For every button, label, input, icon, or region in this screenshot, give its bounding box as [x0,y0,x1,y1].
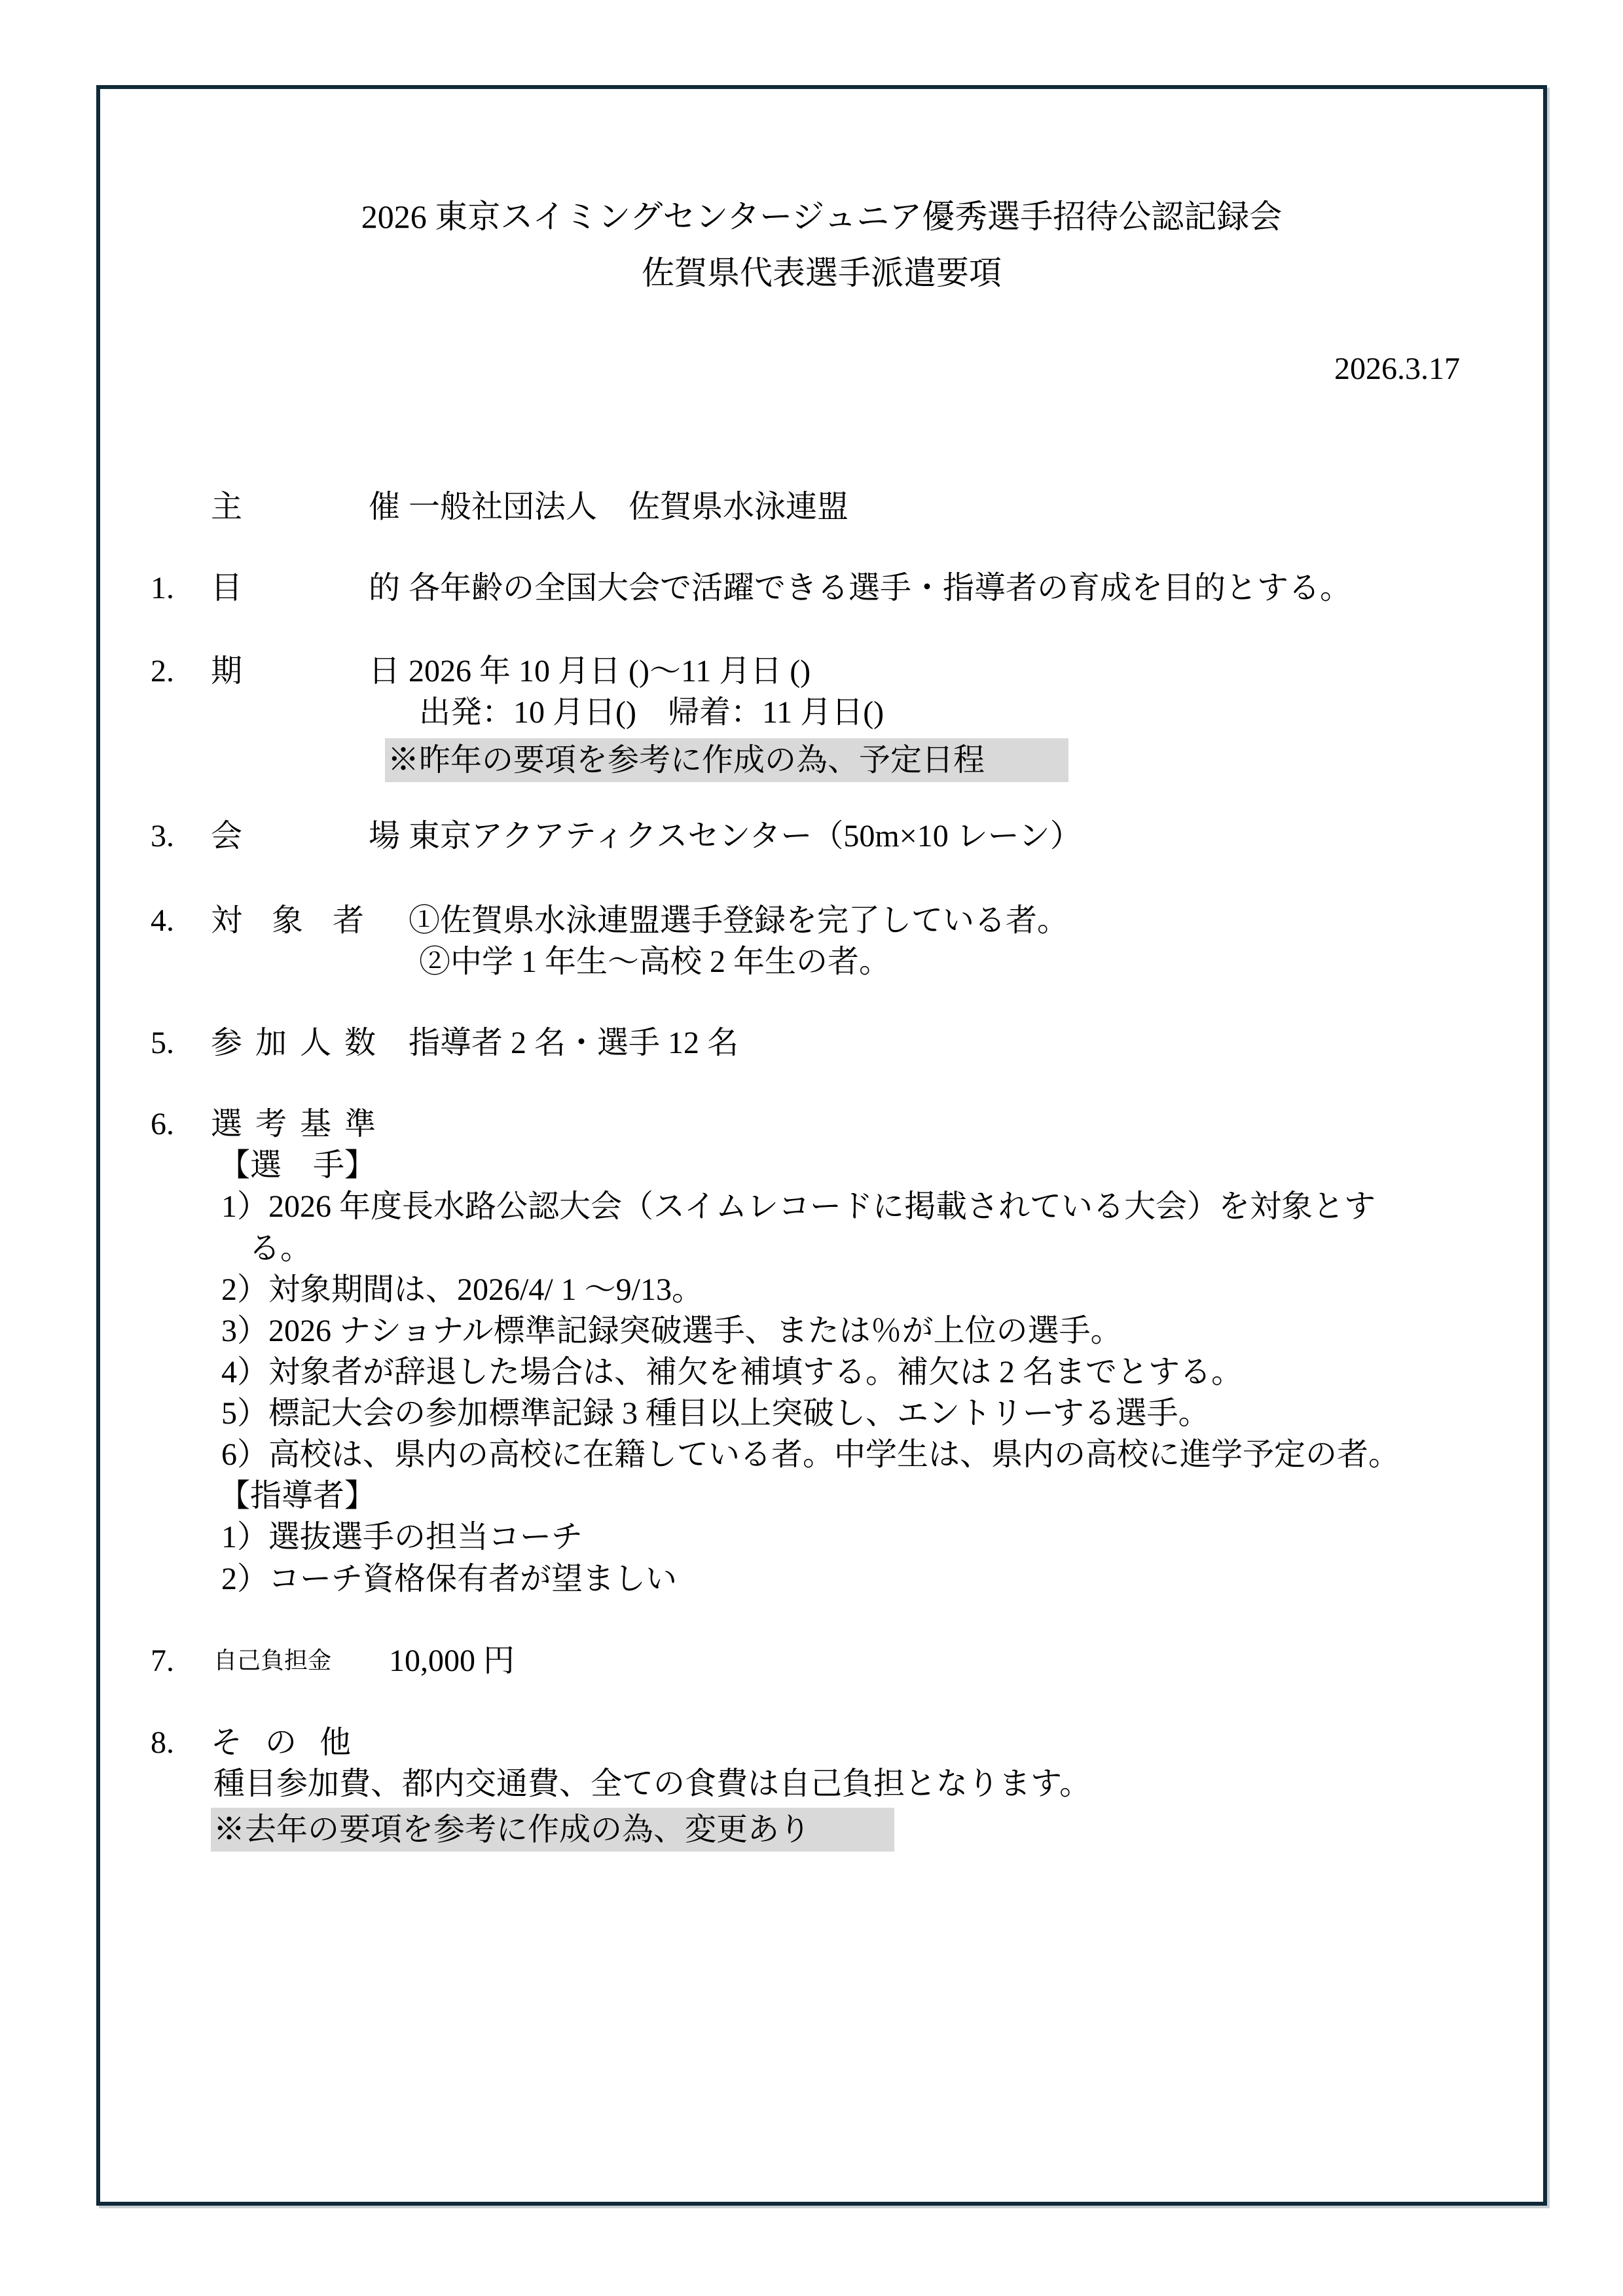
section-eligibility-number: 4. [151,900,174,941]
date-row: 2026.3.17 [0,348,1623,389]
selection-players-heading: 【選 手】 [219,1145,376,1186]
section-self-payment-label: 自己負担金 [213,1640,331,1681]
selection-player-item-6: 6）高校は、県内の高校に在籍している者。中学生は、県内の高校に進学予定の者。 [221,1434,1400,1475]
section-other-label: その他 [211,1722,374,1763]
section-venue-number: 3. [151,816,174,857]
section-purpose-row: 1. 目的 各年齢の全国大会で活躍できる選手・指導者の育成を目的とする。 [0,567,1623,609]
section-selection-number: 6. [151,1103,174,1145]
section-dates-line1: 2026 年 10 月日 ()～11 月日 () [409,651,811,692]
section-eligibility-label: 対象者 [211,900,393,941]
section-eligibility-line1: ①佐賀県水泳連盟選手登録を完了している者。 [409,900,1068,941]
section-other-note-row: ※去年の要項を参考に作成の為、変更あり [0,1808,1623,1849]
selection-players-heading-row: 【選 手】 [0,1145,1623,1186]
selection-player-item-row: 6）高校は、県内の高校に在籍している者。中学生は、県内の高校に進学予定の者。 [0,1434,1623,1475]
section-purpose-number: 1. [151,567,174,609]
selection-coach-item-row: 2）コーチ資格保有者が望ましい [0,1558,1623,1600]
selection-player-item-wrap-row: る。 [0,1228,1623,1269]
section-participants-row: 5. 参加人数 指導者 2 名・選手 12 名 [0,1022,1623,1064]
section-selection-row: 6. 選考基準 [0,1103,1623,1145]
section-other-line-row: 種目参加費、都内交通費、全ての食費は自己負担となります。 [0,1763,1623,1804]
selection-coach-item-2: 2）コーチ資格保有者が望ましい [221,1558,677,1600]
section-dates-number: 2. [151,651,174,692]
section-other-line1: 種目参加費、都内交通費、全ての食費は自己負担となります。 [213,1763,1091,1804]
section-participants-content: 指導者 2 名・選手 12 名 [409,1022,739,1064]
selection-coaches-heading: 【指導者】 [219,1475,376,1516]
section-selection-label: 選考基準 [211,1103,389,1145]
selection-player-item-1-wrap: る。 [249,1228,312,1269]
section-participants-label: 参加人数 [211,1022,389,1064]
section-dates-note-highlighted: ※昨年の要項を参考に作成の為、予定日程 [385,738,1068,782]
section-other-row: 8. その他 [0,1722,1623,1763]
section-self-payment-number: 7. [151,1640,174,1681]
section-other-note-highlighted: ※去年の要項を参考に作成の為、変更あり [211,1808,894,1852]
selection-player-item-4: 4）対象者が辞退した場合は、補欠を補填する。補欠は 2 名までとする。 [221,1352,1243,1393]
selection-player-item-row: 2）対象期間は、2026/4/ 1 ～9/13。 [0,1269,1623,1310]
section-self-payment-row: 7. 自己負担金 10,000 円 [0,1640,1623,1681]
document-title-line1: 2026 東京スイミングセンタージュニア優秀選手招待公認記録会 [96,194,1547,240]
document-title-line2: 佐賀県代表選手派遣要項 [96,250,1547,296]
selection-player-item-2: 2）対象期間は、2026/4/ 1 ～9/13。 [221,1269,703,1310]
document-page: 2026 東京スイミングセンタージュニア優秀選手招待公認記録会 佐賀県代表選手派… [0,0,1623,2296]
section-eligibility-row2: ②中学 1 年生～高校 2 年生の者。 [0,941,1623,982]
host-row: 主催 一般社団法人 佐賀県水泳連盟 [0,486,1623,528]
host-value: 一般社団法人 佐賀県水泳連盟 [409,486,848,528]
selection-coaches-heading-row: 【指導者】 [0,1475,1623,1516]
section-participants-number: 5. [151,1022,174,1064]
section-dates-note-row: ※昨年の要項を参考に作成の為、予定日程 [0,738,1623,780]
section-dates-line2: 出発：10 月日() 帰着：11 月日() [419,692,884,733]
section-venue-content: 東京アクアティクスセンター（50m×10 レーン） [409,816,1082,857]
selection-player-item-row: 5）標記大会の参加標準記録 3 種目以上突破し、エントリーする選手。 [0,1393,1623,1434]
section-dates-row: 2. 期日 2026 年 10 月日 ()～11 月日 () [0,651,1623,692]
selection-coach-item-row: 1）選抜選手の担当コーチ [0,1516,1623,1558]
section-dates-row2: 出発：10 月日() 帰着：11 月日() [0,692,1623,733]
section-purpose-content: 各年齢の全国大会で活躍できる選手・指導者の育成を目的とする。 [409,567,1351,609]
section-self-payment-content: 10,000 円 [389,1640,515,1681]
selection-player-item-1: 1）2026 年度長水路公認大会（スイムレコードに掲載されている大会）を対象とす [221,1186,1376,1227]
document-date: 2026.3.17 [1334,348,1460,389]
selection-coach-item-1: 1）選抜選手の担当コーチ [221,1516,583,1558]
section-eligibility-line2: ②中学 1 年生～高校 2 年生の者。 [419,941,890,982]
selection-player-item-3: 3）2026 ナショナル標準記録突破選手、または％が上位の選手。 [221,1310,1122,1352]
section-eligibility-row: 4. 対象者 ①佐賀県水泳連盟選手登録を完了している者。 [0,900,1623,941]
selection-player-item-5: 5）標記大会の参加標準記録 3 種目以上突破し、エントリーする選手。 [221,1393,1210,1434]
selection-player-item-row: 4）対象者が辞退した場合は、補欠を補填する。補欠は 2 名までとする。 [0,1352,1623,1393]
selection-player-item-row: 3）2026 ナショナル標準記録突破選手、または％が上位の選手。 [0,1310,1623,1352]
section-venue-row: 3. 会場 東京アクアティクスセンター（50m×10 レーン） [0,816,1623,857]
selection-player-item-row: 1）2026 年度長水路公認大会（スイムレコードに掲載されている大会）を対象とす [0,1186,1623,1227]
section-other-number: 8. [151,1722,174,1763]
